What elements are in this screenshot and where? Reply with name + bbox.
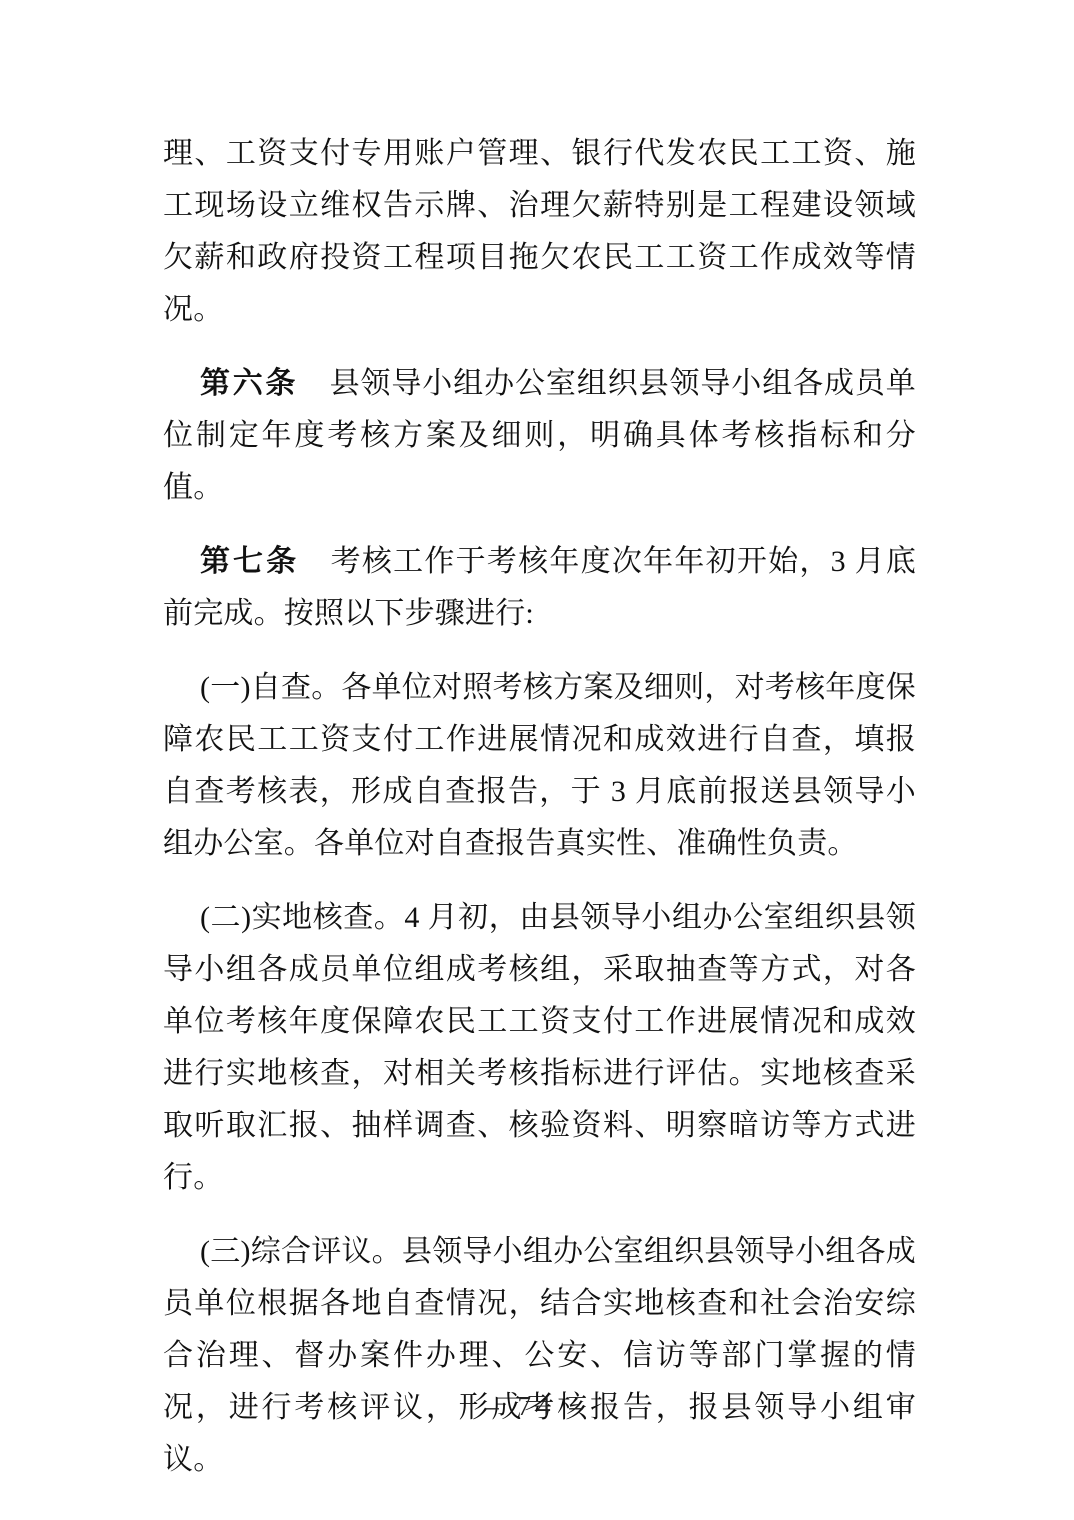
document-page: 理、工资支付专用账户管理、银行代发农民工工资、施工现场设立维权告示牌、治理欠薪特…: [0, 0, 1074, 1520]
paragraph-item-2-field-verification: (二)实地核查。4 月初，由县领导小组办公室组织县领导小组各成员单位组成考核组，…: [163, 892, 916, 1204]
article-7-label: 第七条: [200, 545, 331, 578]
page-number: – 74 –: [0, 1390, 1074, 1422]
article-6-label: 第六条: [200, 367, 330, 400]
paragraph-continuation: 理、工资支付专用账户管理、银行代发农民工工资、施工现场设立维权告示牌、治理欠薪特…: [163, 128, 916, 336]
paragraph-article-7: 第七条考核工作于考核年度次年年初开始，3 月底前完成。按照以下步骤进行:: [163, 536, 916, 640]
paragraph-article-6: 第六条县领导小组办公室组织县领导小组各成员单位制定年度考核方案及细则，明确具体考…: [163, 358, 916, 514]
paragraph-item-1-self-check: (一)自查。各单位对照考核方案及细则，对考核年度保障农民工工资支付工作进展情况和…: [163, 662, 916, 870]
paragraph-item-3-comprehensive-review: (三)综合评议。县领导小组办公室组织县领导小组各成员单位根据各地自查情况，结合实…: [163, 1226, 916, 1486]
document-text-block: 理、工资支付专用账户管理、银行代发农民工工资、施工现场设立维权告示牌、治理欠薪特…: [163, 128, 916, 1508]
